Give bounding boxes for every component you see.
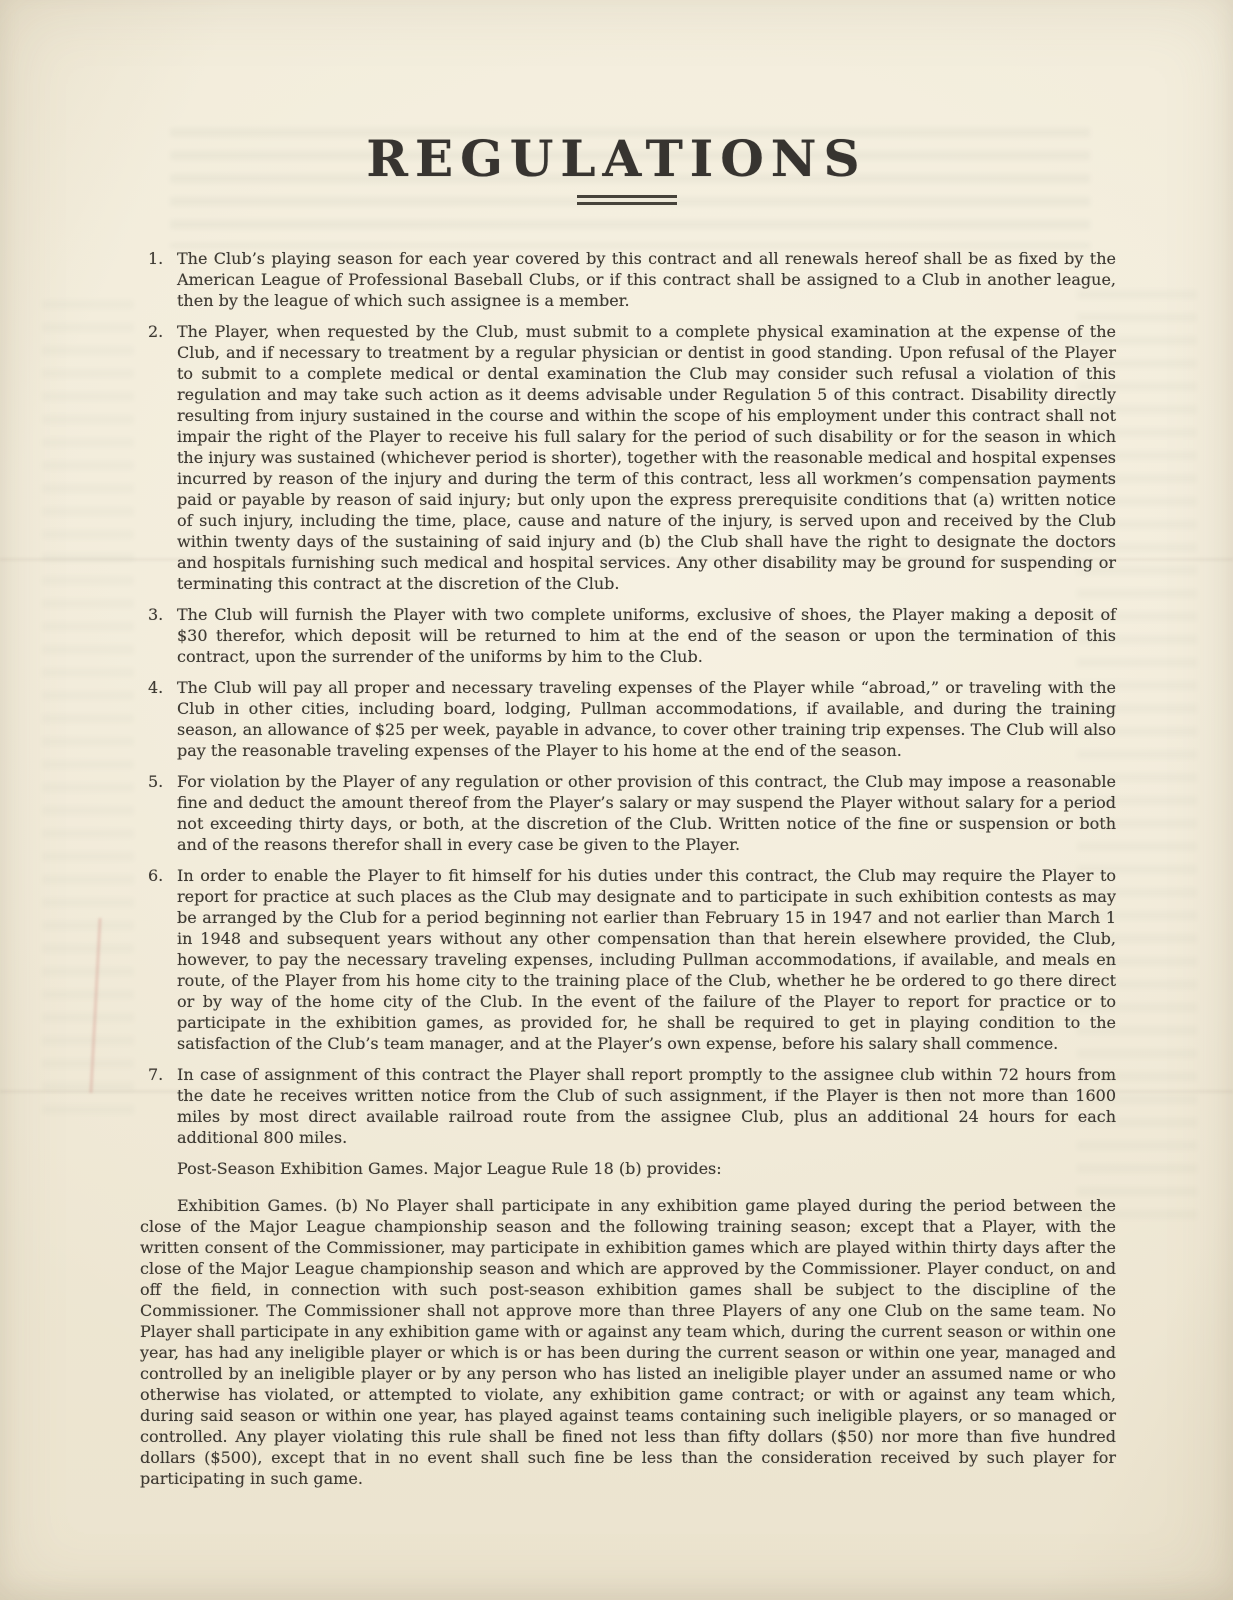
regulation-item-5: 5. For violation by the Player of any re… <box>148 771 1116 855</box>
regulation-text: In case of assignment of this contract t… <box>177 1064 1116 1148</box>
paper-page: REGULATIONS 1. The Club’s playing season… <box>0 0 1233 1600</box>
regulation-item-2: 2. The Player, when requested by the Clu… <box>148 321 1116 594</box>
regulation-item-7: 7. In case of assignment of this contrac… <box>148 1064 1116 1148</box>
regulation-number: 4. <box>148 677 177 761</box>
paper-crease-mark <box>89 918 101 1093</box>
regulation-text: The Club will pay all proper and necessa… <box>177 677 1116 761</box>
post-season-heading: Post-Season Exhibition Games. Major Leag… <box>177 1158 1116 1179</box>
regulation-text: The Club’s playing season for each year … <box>177 248 1116 311</box>
regulation-number: 2. <box>148 321 177 594</box>
regulation-number: 7. <box>148 1064 177 1148</box>
post-season-exhibition-paragraph: Exhibition Games. (b) No Player shall pa… <box>140 1195 1116 1489</box>
regulation-item-1: 1. The Club’s playing season for each ye… <box>148 248 1116 311</box>
regulation-number: 6. <box>148 865 177 1054</box>
regulation-number: 5. <box>148 771 177 855</box>
regulation-number: 1. <box>148 248 177 311</box>
regulation-item-4: 4. The Club will pay all proper and nece… <box>148 677 1116 761</box>
regulation-number: 3. <box>148 604 177 667</box>
regulation-text: In order to enable the Player to fit him… <box>177 865 1116 1054</box>
regulation-text: For violation by the Player of any regul… <box>177 771 1116 855</box>
regulation-text: The Club will furnish the Player with tw… <box>177 604 1116 667</box>
regulation-text: The Player, when requested by the Club, … <box>177 321 1116 594</box>
regulation-item-6: 6. In order to enable the Player to fit … <box>148 865 1116 1054</box>
title-divider-rule <box>577 195 677 205</box>
page-title: REGULATIONS <box>0 132 1233 186</box>
ink-bleedthrough-left-margin <box>42 300 134 1120</box>
regulation-item-3: 3. The Club will furnish the Player with… <box>148 604 1116 667</box>
document-body: 1. The Club’s playing season for each ye… <box>140 248 1116 1505</box>
regulations-list: 1. The Club’s playing season for each ye… <box>148 248 1116 1148</box>
